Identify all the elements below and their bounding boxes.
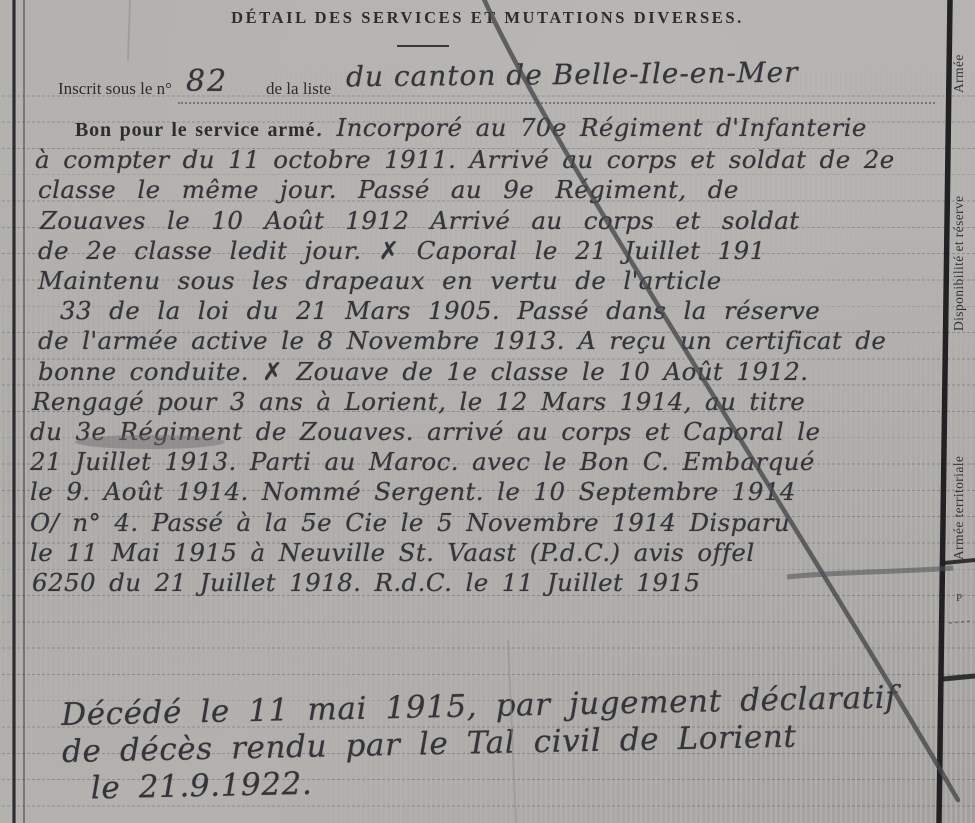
service-line-text: . Incorporé au 70e Régiment d'Infanterie [315,113,867,142]
margin-label-armee: Armée [951,54,967,93]
service-line: du 3e Régiment de Zouaves. arrivé au cor… [30,417,945,447]
service-line: 6250 du 21 Juillet 1918. R.d.C. le 11 Ju… [32,568,945,598]
service-line: de l'armée active le 8 Novembre 1913. A … [38,326,945,356]
margin-cell-divider [944,560,975,563]
service-line: le 9. Août 1914. Nommé Sergent. le 10 Se… [30,477,945,507]
scanned-military-record-page: DÉTAIL DES SERVICES ET MUTATIONS DIVERSE… [0,0,975,823]
inscription-prefix: Inscrit sous le n° [58,79,172,99]
service-line: le 11 Mai 1915 à Neuville St. Vaast (P.d… [30,538,945,568]
page-title: DÉTAIL DES SERVICES ET MUTATIONS DIVERSE… [0,8,975,28]
service-line: Zouaves le 10 Août 1912 Arrivé au corps … [40,206,945,236]
service-line: 33 de la loi du 21 Mars 1905. Passé dans… [60,296,945,326]
margin-label-armee-territoriale: Armée territoriale [951,456,967,560]
margin-label-disponibilite-reserve: Disponibilité et réserve [951,195,967,331]
service-line: Maintenu sous les drapeaux en vertu de l… [38,266,945,296]
service-record-block: Bon pour le service armé. Incorporé au 7… [30,113,945,598]
margin-dashed-line [949,621,973,623]
margin-cell-divider [943,676,975,679]
service-line: O/ n° 4. Passé à la 5e Cie le 5 Novembre… [30,508,945,538]
service-line: bonne conduite. ✗ Zouave de 1e classe le… [38,357,945,387]
service-line: classe le même jour. Passé au 9e Régimen… [38,175,945,205]
dotted-fill-line [178,86,935,104]
service-label: Bon pour le service armé [75,119,315,141]
service-line: Rengagé pour 3 ans à Lorient, le 12 Mars… [32,387,945,417]
service-line: à compter du 11 octobre 1911. Arrivé au … [35,145,945,175]
margin-partial-text: P [956,592,962,604]
service-line: de 2e classe ledit jour. ✗ Caporal le 21… [38,236,945,266]
title-divider [397,45,449,47]
service-line: Bon pour le service armé. Incorporé au 7… [75,113,945,145]
service-line: 21 Juillet 1913. Parti au Maroc. avec le… [30,447,945,477]
death-record-block: Décédé le 11 mai 1915, par jugement décl… [61,679,923,808]
